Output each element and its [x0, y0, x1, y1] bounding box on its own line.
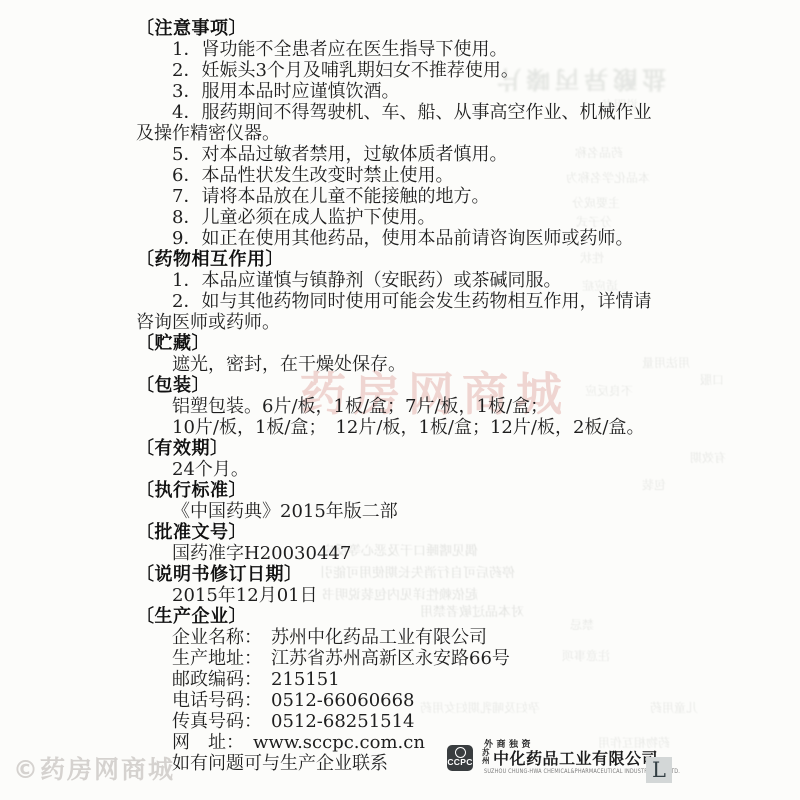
package-insert-page: 盐酸异丙嗪片 说明书 药品名称 本品化学名称为 主要成分 分子式 性状 适应症 … [0, 0, 800, 800]
standard-text: 《中国药典》2015年版二部 [136, 501, 702, 522]
company-name-row: 企业名称：苏州中化药品工业有限公司 [136, 627, 702, 648]
validity-text: 24个月。 [136, 459, 702, 480]
packaging-line-2: 10片/板，1板/盒； 12片/板，1板/盒；12片/板，2板/盒。 [136, 417, 702, 438]
bleed-through-text: 口服 [700, 371, 724, 388]
precaution-item-9: 9．如正在使用其他药品，使用本品前请咨询医师或药师。 [136, 228, 702, 249]
precaution-item-6: 6．本品性状发生改变时禁止使用。 [136, 165, 702, 186]
website-label: 网 址： [172, 732, 244, 753]
section-heading-validity: 〔有效期〕 [136, 438, 702, 459]
precaution-item-5: 5．对本品过敏者禁用，过敏体质者慎用。 [136, 144, 702, 165]
revision-date: 2015年12月01日 [136, 585, 702, 606]
storage-text: 遮光，密封，在干燥处保存。 [136, 354, 702, 375]
section-heading-drug-interactions: 〔药物相互作用〕 [136, 249, 702, 270]
corner-letter-mark: L [646, 757, 672, 783]
precaution-item-1: 1．肾功能不全患者应在医生指导下使用。 [136, 39, 702, 60]
section-heading-approval-number: 〔批准文号〕 [136, 522, 702, 543]
postcode-label: 邮政编码： [172, 669, 262, 690]
address-row: 生产地址：江苏省苏州高新区永安路66号 [136, 648, 702, 669]
fax-value: 0512-68251514 [271, 711, 415, 732]
precaution-item-3: 3．服用本品时应谨慎饮酒。 [136, 81, 702, 102]
section-heading-packaging: 〔包装〕 [136, 375, 702, 396]
section-heading-manufacturer: 〔生产企业〕 [136, 606, 702, 627]
address-label: 生产地址： [172, 648, 262, 669]
precaution-item-4: 4．服药期间不得驾驶机、车、船、从事高空作业、机械作业 及操作精密仪器。 [136, 102, 702, 144]
company-name-label: 企业名称： [172, 627, 262, 648]
company-city-prefix: 苏州 [482, 749, 491, 765]
ccpc-logo-text: CCPC [447, 757, 473, 767]
interaction-item-2: 2．如与其他药物同时使用可能会发生药物相互作用，详情请 咨询医师或药师。 [136, 291, 702, 333]
ccpc-logo-icon: CCPC [447, 745, 473, 771]
packaging-line-1: 铝塑包装。6片/板，1板/盒；7片/板，1板/盒； [136, 396, 702, 417]
postcode-value: 215151 [271, 669, 340, 690]
interaction-item-1: 1．本品应谨慎与镇静剂（安眠药）或茶碱同服。 [136, 270, 702, 291]
phone-value: 0512-66060668 [271, 690, 415, 711]
phone-label: 电话号码： [172, 690, 262, 711]
company-name-value: 苏州中化药品工业有限公司 [271, 627, 487, 648]
precaution-item-8: 8．儿童必须在成人监护下使用。 [136, 207, 702, 228]
precaution-item-2: 2．妊娠头3个月及哺乳期妇女不推荐使用。 [136, 60, 702, 81]
phone-row: 电话号码：0512-66060668 [136, 690, 702, 711]
fax-label: 传真号码： [172, 711, 262, 732]
company-logo-name: 中化药品工业有限公司 [493, 746, 658, 769]
section-heading-storage: 〔贮藏〕 [136, 333, 702, 354]
section-heading-revision-date: 〔说明书修订日期〕 [136, 564, 702, 585]
insert-text-block: 〔注意事项〕 1．肾功能不全患者应在医生指导下使用。 2．妊娠头3个月及哺乳期妇… [136, 18, 702, 774]
precaution-item-7: 7．请将本品放在儿童不能接触的地方。 [136, 186, 702, 207]
website-value: www.sccpc.com.cn [253, 732, 425, 753]
postcode-row: 邮政编码：215151 [136, 669, 702, 690]
fax-row: 传真号码：0512-68251514 [136, 711, 702, 732]
section-heading-precautions: 〔注意事项〕 [136, 18, 702, 39]
address-value: 江苏省苏州高新区永安路66号 [271, 648, 510, 669]
section-heading-standard: 〔执行标准〕 [136, 480, 702, 501]
approval-number: 国药准字H20030447 [136, 543, 702, 564]
